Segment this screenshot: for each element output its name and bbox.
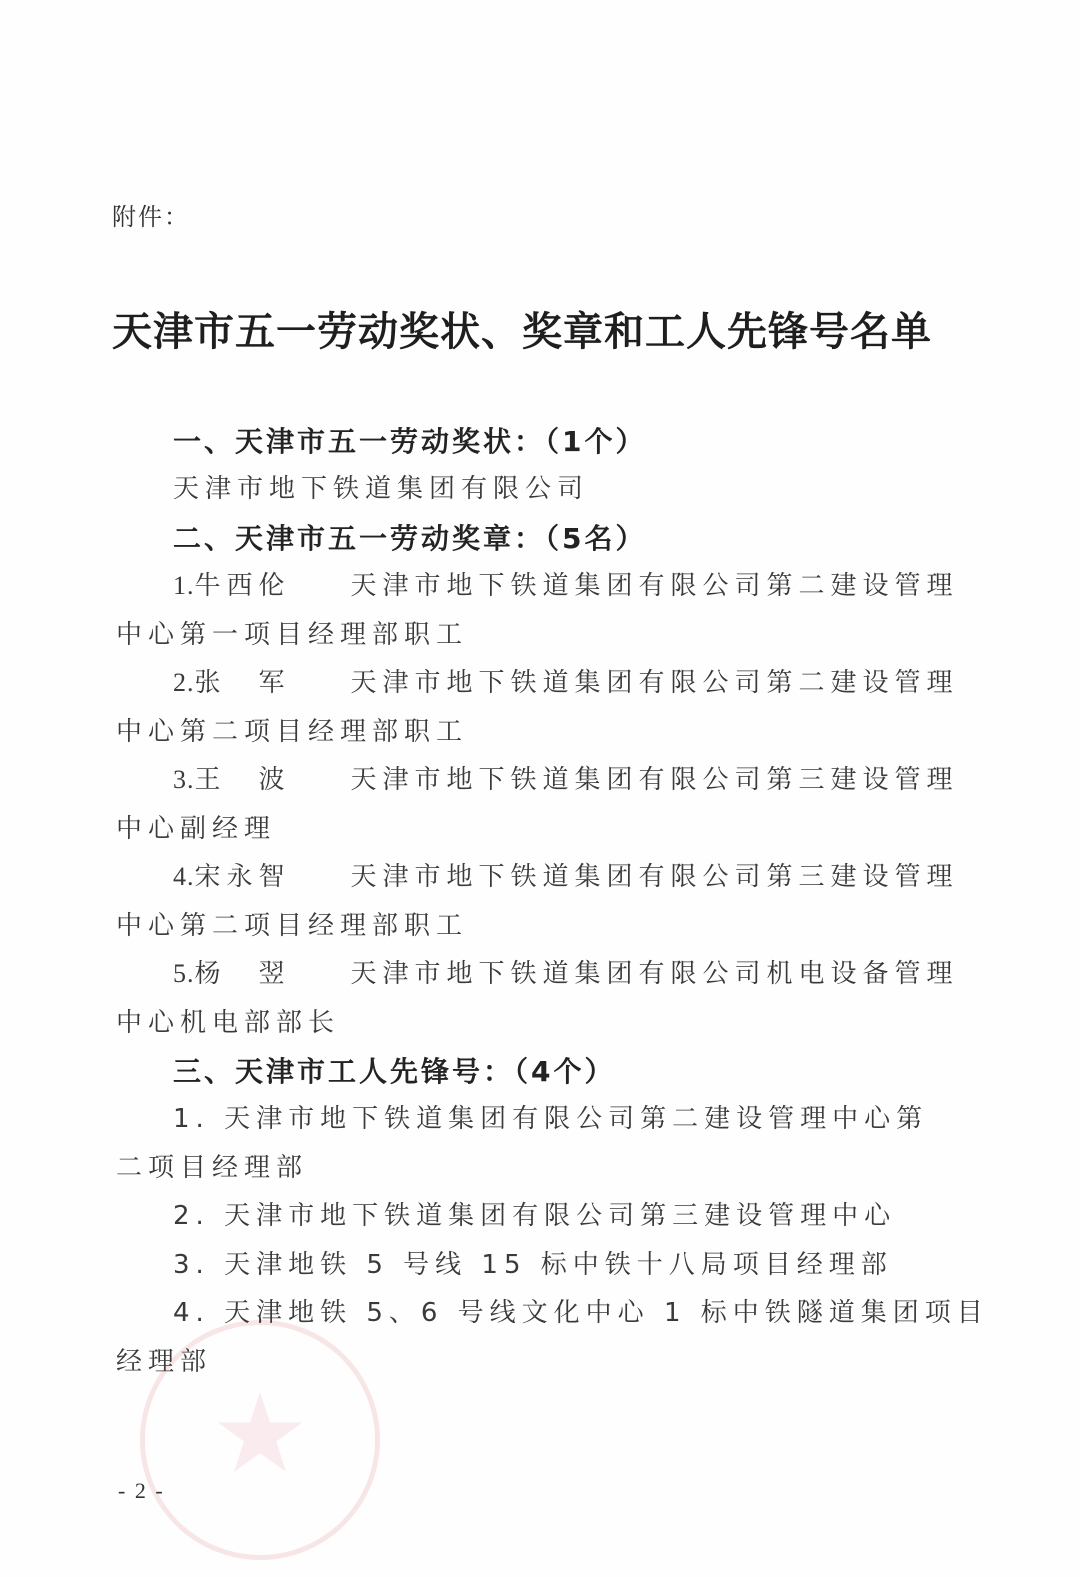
entry-index: 1. — [173, 571, 195, 600]
medal-entry-1: 1.牛西伦天津市地下铁道集团有限公司第二建设管理 — [173, 565, 959, 602]
entry-name: 宋永智 — [195, 862, 291, 892]
entry-org: 天津市地下铁道集团有限公司第二建设管理 — [351, 571, 959, 601]
medal-entry-3-continued: 中心副经理 — [116, 808, 276, 845]
medal-entry-2: 2.张 军天津市地下铁道集团有限公司第二建设管理 — [173, 662, 959, 699]
medal-entry-4: 4.宋永智天津市地下铁道集团有限公司第三建设管理 — [173, 856, 959, 893]
section-heading-medal-certificate: 一、天津市五一劳动奖状：（1个） — [173, 420, 646, 460]
entry-org: 天津市地下铁道集团有限公司机电设备管理 — [351, 959, 959, 989]
medal-entry-4-continued: 中心第二项目经理部职工 — [116, 905, 468, 942]
page-number: - 2 - — [118, 1478, 165, 1504]
medal-entry-1-continued: 中心第一项目经理部职工 — [116, 614, 468, 651]
document-title: 天津市五一劳动奖状、奖章和工人先锋号名单 — [112, 300, 932, 357]
entry-name: 杨 翌 — [195, 959, 291, 989]
entry-index: 4. — [173, 862, 195, 891]
medal-entry-2-continued: 中心第二项目经理部职工 — [116, 711, 468, 748]
entry-name: 牛西伦 — [195, 571, 291, 601]
pioneer-item-2: 2. 天津市地下铁道集团有限公司第三建设管理中心 — [173, 1195, 896, 1232]
entry-index: 5. — [173, 959, 195, 988]
pioneer-item-4: 4. 天津地铁 5、6 号线文化中心 1 标中铁隧道集团项目 — [173, 1292, 989, 1329]
entry-index: 2. — [173, 668, 195, 697]
pioneer-item-3: 3. 天津地铁 5 号线 15 标中铁十八局项目经理部 — [173, 1244, 893, 1281]
pioneer-item-1-continued: 二项目经理部 — [116, 1147, 308, 1184]
document-page: ★ 附件： 天津市五一劳动奖状、奖章和工人先锋号名单 一、天津市五一劳动奖状：（… — [0, 0, 1080, 1577]
entry-index: 3. — [173, 765, 195, 794]
medal-entry-5: 5.杨 翌天津市地下铁道集团有限公司机电设备管理 — [173, 953, 959, 990]
section-heading-pioneer: 三、天津市工人先锋号：（4个） — [173, 1050, 615, 1090]
award-recipient-line: 天津市地下铁道集团有限公司 — [173, 468, 589, 505]
medal-entry-5-continued: 中心机电部部长 — [116, 1002, 340, 1039]
entry-org: 天津市地下铁道集团有限公司第三建设管理 — [351, 765, 959, 795]
medal-entry-3: 3.王 波天津市地下铁道集团有限公司第三建设管理 — [173, 759, 959, 796]
section-heading-medal: 二、天津市五一劳动奖章：（5名） — [173, 517, 646, 557]
attachment-label: 附件： — [112, 197, 190, 232]
pioneer-item-4-continued: 经理部 — [116, 1341, 212, 1378]
entry-org: 天津市地下铁道集团有限公司第二建设管理 — [351, 668, 959, 698]
entry-name: 王 波 — [195, 765, 291, 795]
entry-org: 天津市地下铁道集团有限公司第三建设管理 — [351, 862, 959, 892]
pioneer-item-1: 1. 天津市地下铁道集团有限公司第二建设管理中心第 — [173, 1098, 928, 1135]
entry-name: 张 军 — [195, 668, 291, 698]
star-seal-icon: ★ — [211, 1370, 310, 1498]
